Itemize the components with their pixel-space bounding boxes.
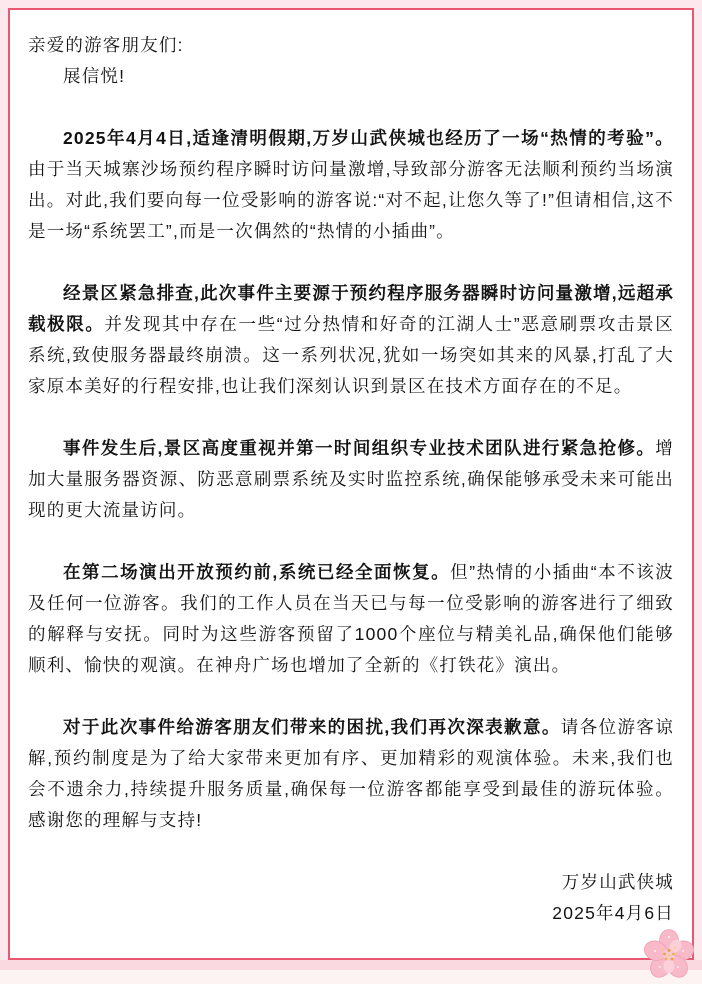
greeting: 展信悦! — [28, 61, 674, 92]
paragraph-lead-bold: 2025年4月4日,适逢清明假期,万岁山武侠城也经历了一场“热情的考验”。 — [63, 128, 674, 148]
bottom-band — [0, 960, 702, 970]
paragraph: 2025年4月4日,适逢清明假期,万岁山武侠城也经历了一场“热情的考验”。由于当… — [28, 123, 674, 247]
paragraph-lead-bold: 在第二场演出开放预约前,系统已经全面恢复。 — [63, 562, 450, 582]
paragraph-text: 并发现其中存在一些“过分热情和好奇的江湖人士”恶意刷票攻击景区系统,致使服务器最… — [28, 314, 674, 396]
paragraph: 对于此次事件给游客朋友们带来的困扰,我们再次深表歉意。请各位游客谅解,预约制度是… — [28, 712, 674, 836]
paragraph-lead-bold: 事件发生后,景区高度重视并第一时间组织专业技术团队进行紧急抢修。 — [63, 438, 655, 458]
letter-card: 亲爱的游客朋友们: 展信悦! 2025年4月4日,适逢清明假期,万岁山武侠城也经… — [8, 8, 694, 960]
bottom-strip — [0, 970, 702, 984]
letter-body: 2025年4月4日,适逢清明假期,万岁山武侠城也经历了一场“热情的考验”。由于当… — [28, 123, 674, 836]
salutation: 亲爱的游客朋友们: — [28, 30, 674, 61]
signature: 万岁山武侠城 — [28, 867, 674, 898]
paragraph: 在第二场演出开放预约前,系统已经全面恢复。但”热情的小插曲“本不该波及任何一位游… — [28, 557, 674, 681]
cherry-blossom-icon — [642, 928, 696, 982]
paragraph-text: 由于当天城寨沙场预约程序瞬时访问量激增,导致部分游客无法顺利预约当场演出。对此,… — [28, 159, 674, 241]
paragraph: 经景区紧急排查,此次事件主要源于预约程序服务器瞬时访问量激增,远超承载极限。并发… — [28, 278, 674, 402]
paragraph: 事件发生后,景区高度重视并第一时间组织专业技术团队进行紧急抢修。增加大量服务器资… — [28, 433, 674, 526]
paragraph-lead-bold: 对于此次事件给游客朋友们带来的困扰,我们再次深表歉意。 — [63, 717, 561, 737]
page-background: 亲爱的游客朋友们: 展信悦! 2025年4月4日,适逢清明假期,万岁山武侠城也经… — [0, 0, 702, 984]
letter-date: 2025年4月6日 — [28, 898, 674, 929]
